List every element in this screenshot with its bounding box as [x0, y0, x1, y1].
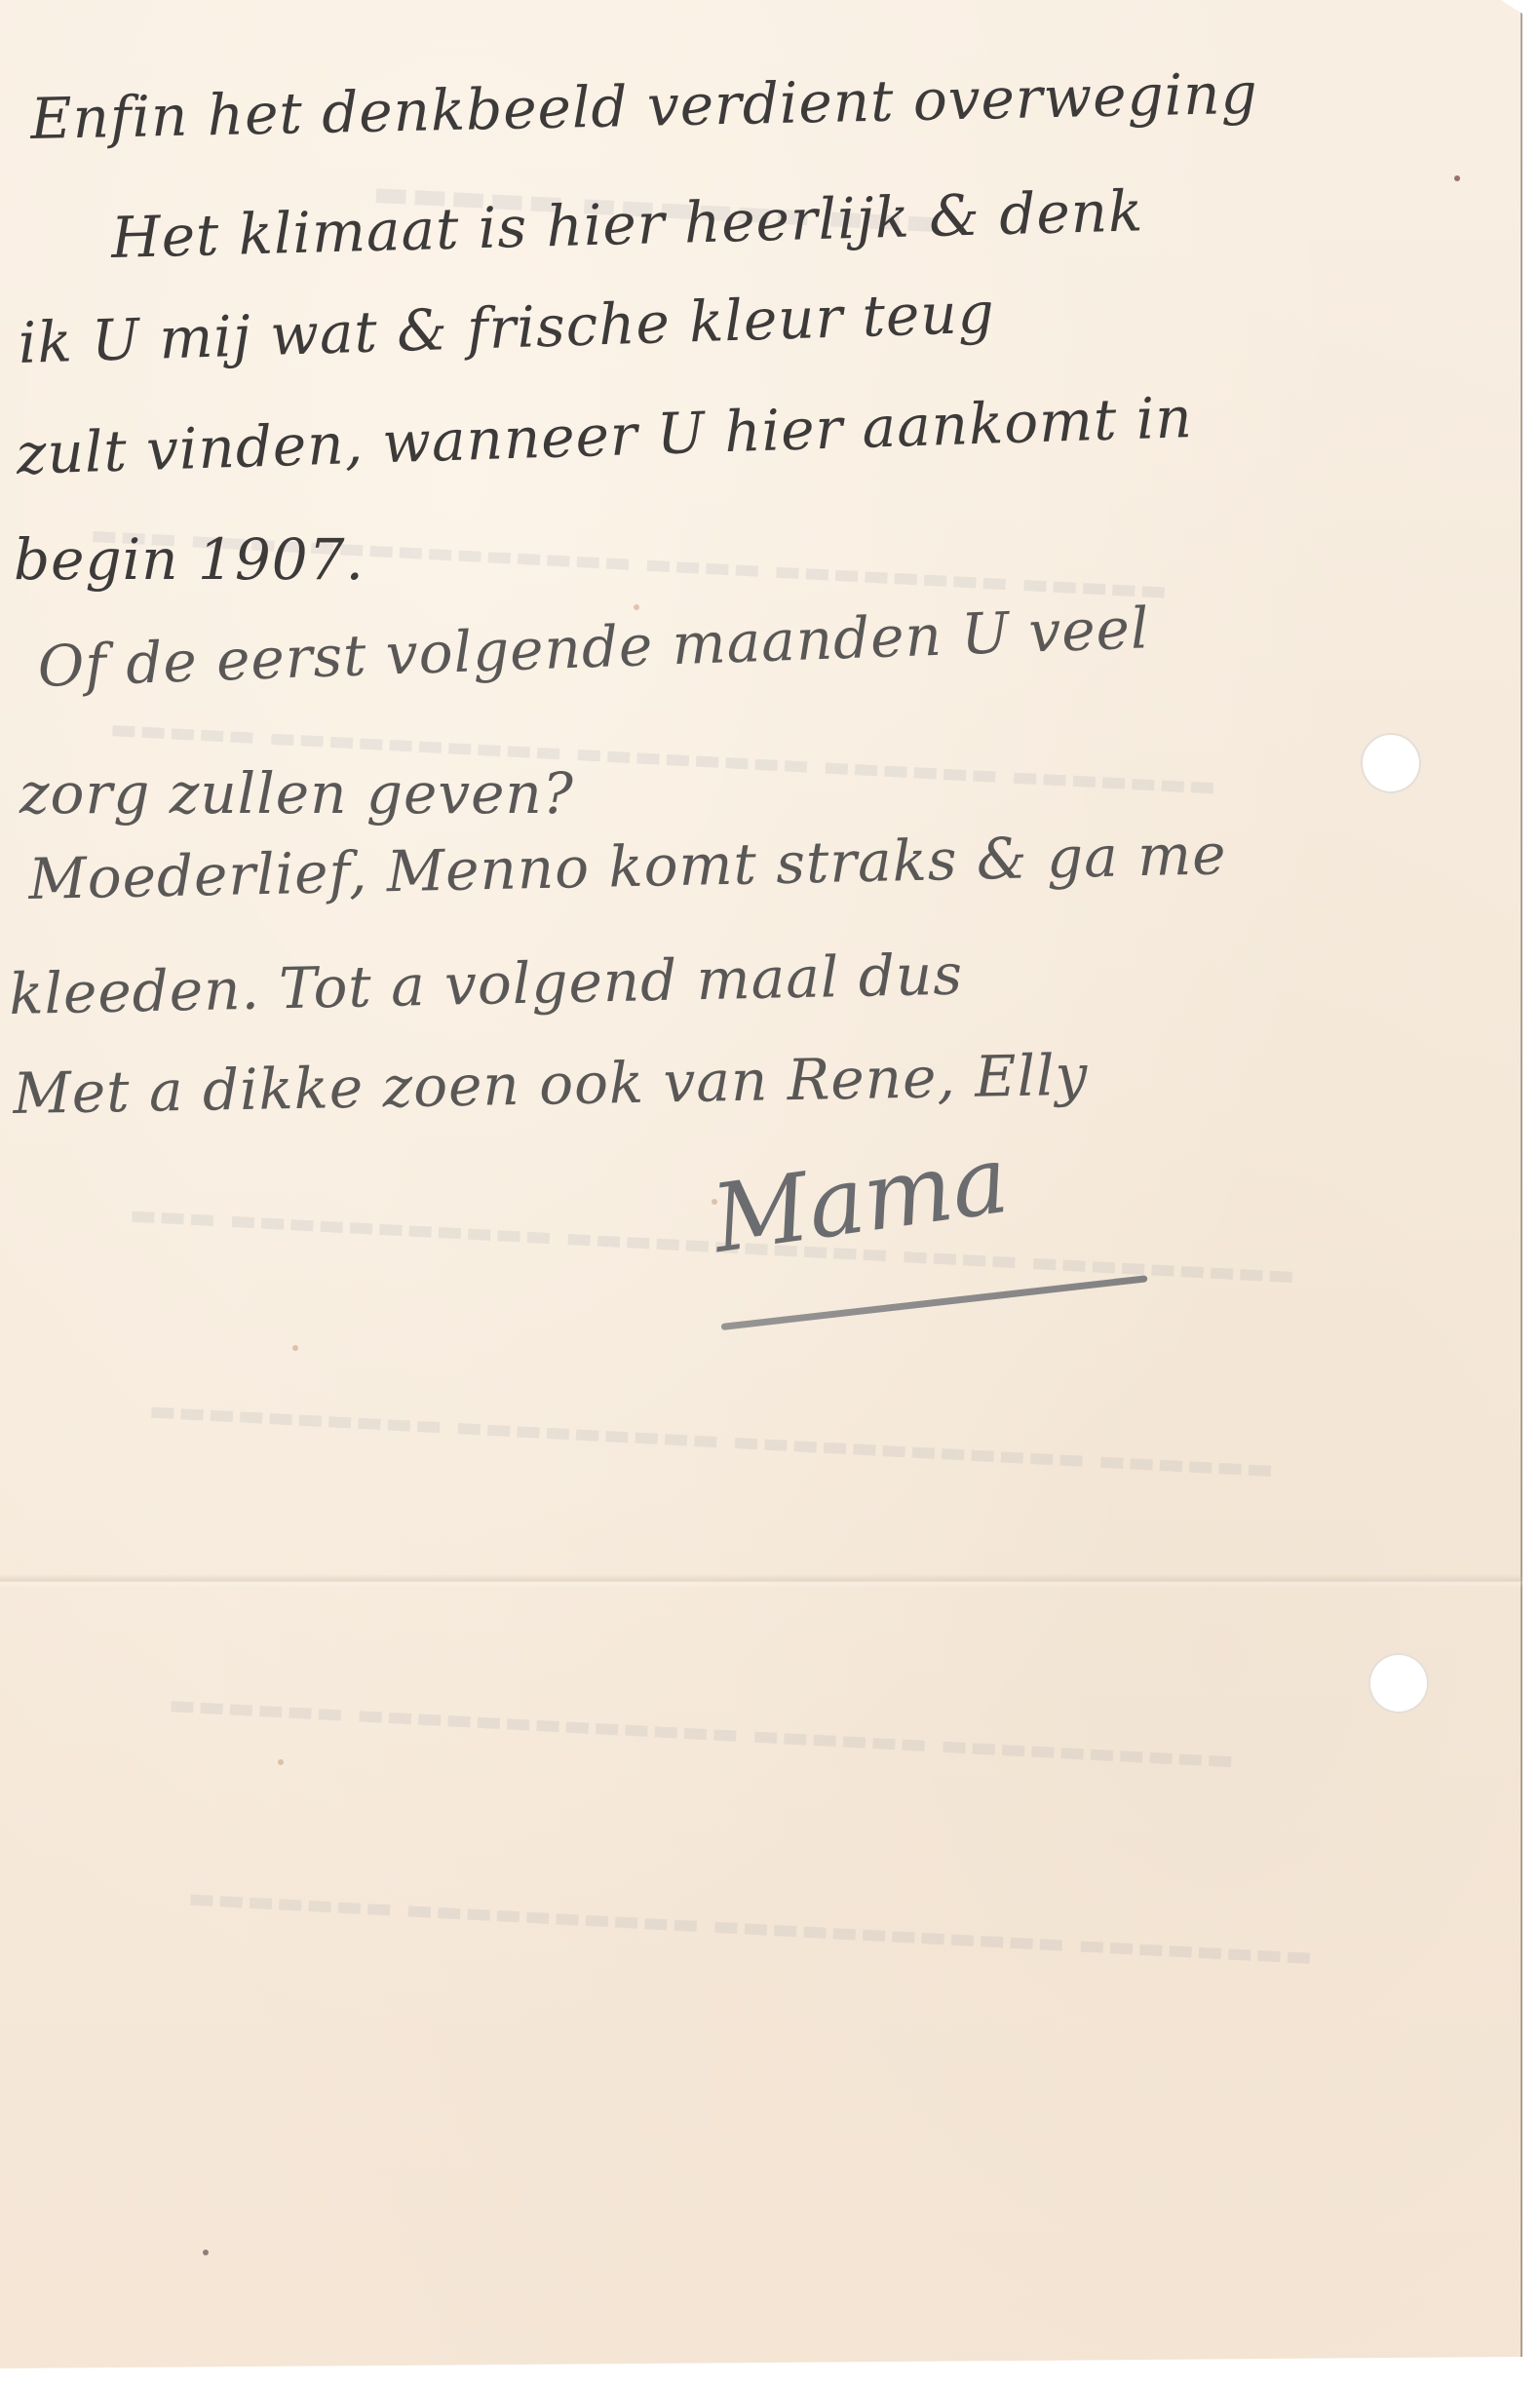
foxing-spot: [278, 1759, 284, 1765]
letter-line-2: Het klimaat is hier heerlijk & denk: [110, 177, 1144, 271]
letter-line-4: zult vinden, wanneer U hier aankomt in: [16, 384, 1194, 487]
foxing-spot: [712, 1199, 717, 1205]
bleed-through-text: ▬▬▬▬▬▬ ▬▬▬▬▬▬▬▬▬▬▬▬ ▬▬▬▬▬▬▬▬▬ ▬▬▬▬▬▬▬▬▬▬: [146, 1394, 1275, 1487]
signature-underline: [721, 1275, 1148, 1330]
punch-hole-top: [1361, 733, 1421, 793]
letter-line-1: Enfin het denkbeeld verdient overweging: [30, 60, 1259, 152]
letter-sheet: ▬▬▬ ▬▬▬▬▬▬ ▬▬▬▬▬ ▬▬▬▬▬ ▬▬▬▬▬▬▬▬ ▬▬▬▬ ▬▬▬…: [0, 0, 1522, 2368]
letter-line-8: Moederlief, Menno komt straks & ga me: [28, 821, 1227, 912]
bleed-through-text: ▬▬▬▬▬▬▬▬ ▬▬▬▬▬▬▬▬▬▬▬▬ ▬▬▬▬▬▬▬▬▬▬ ▬▬▬▬▬▬▬: [185, 1881, 1314, 1975]
letter-line-9: kleeden. Tot a volgend maal dus: [9, 942, 964, 1027]
paper-fold: [0, 1574, 1522, 1588]
foxing-spot: [292, 1345, 298, 1351]
letter-line-7: zorg zullen geven?: [19, 760, 574, 827]
letter-line-6: Of de eerst volgende maanden U veel: [37, 595, 1151, 700]
foxing-spot: [203, 2250, 209, 2255]
foxing-spot: [1522, 187, 1528, 193]
bleed-through-text: ▬▬▬▬▬▬▬▬▬▬ ▬▬▬▬▬▬ ▬▬▬▬▬▬▬▬▬▬▬▬▬ ▬▬▬▬▬▬: [166, 1687, 1235, 1777]
letter-line-5: begin 1907.: [14, 526, 365, 593]
letter-line-3: ik U mij wat & frische kleur teug: [18, 280, 996, 376]
punch-hole-bottom: [1368, 1653, 1429, 1713]
foxing-spot: [634, 604, 639, 610]
foxing-spot: [1454, 175, 1460, 181]
letter-line-10: Met a dikke zoen ook van Rene, Elly: [13, 1042, 1089, 1127]
